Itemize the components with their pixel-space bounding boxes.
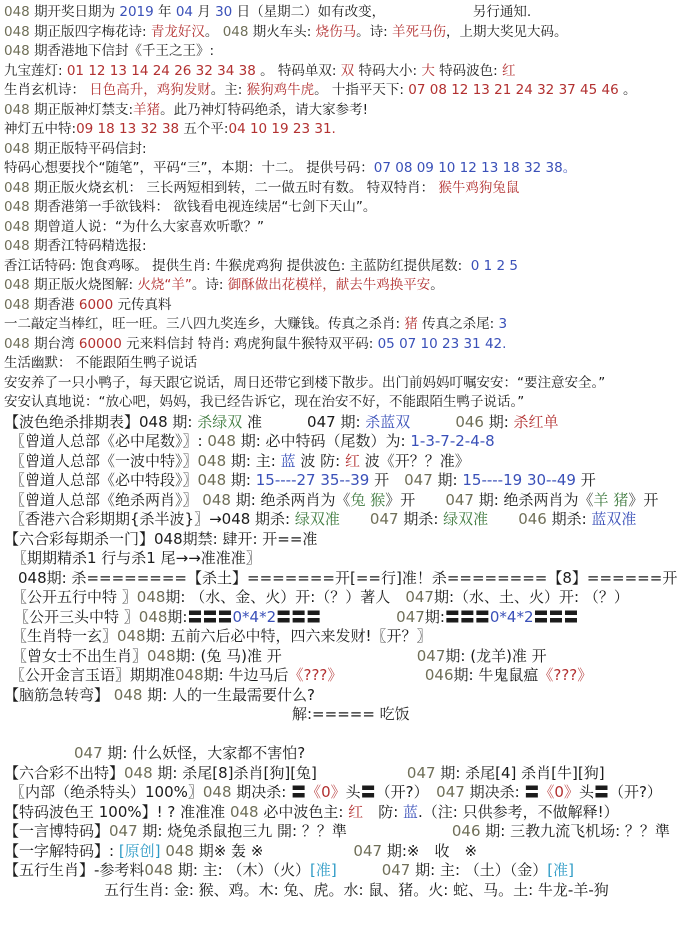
text-segment: 月 — [197, 4, 215, 20]
text-segment — [421, 783, 436, 801]
text-segment: 期: 主: （木）（火） — [178, 861, 310, 879]
text-segment: 047 — [74, 744, 107, 762]
text-segment: 期: — [231, 471, 256, 489]
text-segment: 火烧“羊” — [137, 277, 192, 293]
text-segment: 期: 牛鬼鼠瘟 — [454, 666, 539, 684]
text-segment: 期香港第一手欲钱料： 欲钱看电视连续居“七剑下天山”。 — [34, 199, 376, 215]
text-segment: 期: （水、金、火）开:（？）著人 — [165, 588, 405, 606]
text-segment: 048 — [4, 297, 34, 313]
text-segment: 特码大小: — [359, 63, 422, 79]
text-segment: 〖香港六合彩期期{杀半波}〗→048 期杀: — [10, 510, 295, 528]
text-segment: 年 — [158, 4, 176, 20]
text-segment: 期正版火烧图解: — [34, 277, 137, 293]
text-segment — [263, 842, 353, 860]
text-segment: 047 — [436, 783, 469, 801]
text-segment: 047 — [407, 764, 440, 782]
text-segment: 期: — [167, 608, 187, 626]
text-line: 048期: 杀========【杀土】=======开[==行]准！杀=====… — [4, 569, 686, 589]
text-segment — [321, 608, 396, 626]
text-segment: 048 — [139, 608, 168, 626]
text-segment: 头〓（开?） — [346, 783, 421, 801]
text-segment: 〖公开三头中特 〗 — [14, 608, 139, 626]
text-segment: 解:===== 吃饭 — [292, 705, 410, 723]
text-line: 〖曾道人总部《一波中特》〗048 期: 主: 蓝 波 防: 红 波《开？？准》 — [4, 452, 686, 472]
text-segment: 期香港 — [34, 297, 79, 313]
text-segment: 048 — [223, 24, 253, 40]
text-segment: 羊猪 — [133, 102, 160, 118]
text-segment: 〓〓〓 — [534, 608, 579, 626]
text-segment: 开 — [581, 471, 596, 489]
text-segment: 期正版火烧玄机： 三长两短相到转，二一做五时有数。 特双特肖： — [34, 180, 438, 196]
text-line: 048 期香港地下信封《千王之王》: — [4, 42, 686, 62]
text-segment: 047 — [370, 510, 403, 528]
text-segment: 【五行生肖】-参考料 — [4, 861, 144, 879]
text-segment: 0*4*2 — [233, 608, 277, 626]
text-segment: 1-3-7-2-4-8 — [410, 432, 494, 450]
text-segment: 头〓（开?） — [579, 783, 662, 801]
text-segment: 048 — [144, 861, 177, 879]
text-line: 【特码波色王 100%】! ? 准准准 048 必中波色主: 红 防: 蓝.（注… — [4, 803, 686, 823]
text-segment: 。 特码单双: — [260, 63, 341, 79]
text-segment: 〓〓〓 — [187, 608, 232, 626]
text-segment: 期:（水、土、火）开: （？） — [434, 588, 629, 606]
text-segment: 04 10 19 23 31. — [228, 121, 335, 137]
text-line: 〖曾女士不出生肖〗048期: (兔 马)准 开 047期: (龙羊)准 开 — [4, 647, 686, 667]
text-line: 048 期开奖日期为 2019 年 04 月 30 日（星期二）如有改变， 另行… — [4, 3, 686, 23]
text-segment: 期: (兔 马)准 开 — [176, 647, 282, 665]
text-segment: 波《开？？准》 — [360, 452, 470, 470]
content-lines: 048 期开奖日期为 2019 年 04 月 30 日（星期二）如有改变， 另行… — [4, 3, 686, 900]
text-segment: 期: 必中特码（尾数）为: — [241, 432, 411, 450]
text-segment: 期: 烧兔杀鼠抱三九 開: ？？準 — [142, 822, 346, 840]
text-line: 【脑筋急转弯】 048 期: 人的一生最需要什么? — [4, 686, 686, 706]
text-segment: 〓〓〓 — [445, 608, 490, 626]
text-segment: 日色高升，鸡狗发财 — [89, 82, 211, 98]
text-segment: 048 — [4, 277, 34, 293]
text-segment: 蓝 — [403, 803, 418, 821]
text-segment: 红 — [345, 452, 360, 470]
text-segment: 双 — [341, 63, 359, 79]
text-segment: 期火车头: — [253, 24, 316, 40]
text-line: 047 期: 什么妖怪，大家都不害怕? — [4, 744, 686, 764]
text-segment: 香江话特码: 饱食鸡啄。 提供生肖: 牛猴虎鸡狗 提供波色: 主蓝防红提供尾数: — [4, 258, 471, 274]
text-segment: 09 18 13 32 38 — [76, 121, 183, 137]
text-segment: 〖曾女士不出生肖〗 — [12, 647, 147, 665]
text-line: 〖曾道人总部《绝杀两肖》〗 048 期: 绝杀两肖为《兔 猴》开 047 期: … — [4, 491, 686, 511]
text-segment: 046 — [452, 822, 485, 840]
text-segment: ，上期大奖见大码。 — [446, 24, 568, 40]
text-segment: 。 — [430, 277, 444, 293]
text-segment: 期决杀: 〓 — [470, 783, 540, 801]
text-segment: 048 — [117, 627, 146, 645]
text-segment: 。 — [205, 24, 223, 40]
text-segment: 传真之杀尾: — [422, 316, 498, 332]
text-segment: 期正版神灯禁支: — [34, 102, 133, 118]
text-segment: 〖公开金言玉语〗期期准 — [10, 666, 175, 684]
text-segment: 期: 主: （土）（金） — [415, 861, 547, 879]
text-segment: 046 — [455, 413, 488, 431]
text-segment: [准] — [310, 861, 337, 879]
text-segment: 《???》 — [288, 666, 334, 684]
text-segment: 》开 — [628, 491, 658, 509]
text-segment: 期: 三教九流飞机场: ？？準 — [485, 822, 670, 840]
text-segment: 》开 — [385, 491, 445, 509]
text-segment: 青龙好汉 — [151, 24, 205, 40]
text-line: 九宝莲灯: 01 12 13 14 24 26 32 34 38 。 特码单双:… — [4, 62, 686, 82]
text-segment: 特码波色: — [439, 63, 502, 79]
text-segment: 期曾道人说：“为什么大家喜欢听歌？” — [34, 219, 264, 235]
text-segment: 048 — [147, 647, 176, 665]
text-segment: 《0》 — [539, 783, 579, 801]
text-segment: 九宝莲灯: — [4, 63, 67, 79]
text-segment: 期: 五前六后必中特，四六来发财!〖开？〗 — [146, 627, 432, 645]
text-segment — [4, 725, 9, 743]
text-segment — [335, 666, 425, 684]
text-segment: 期正版四字梅花诗: — [34, 24, 151, 40]
text-segment: 生肖玄机诗： — [4, 82, 89, 98]
lottery-tips-page: 048 期开奖日期为 2019 年 04 月 30 日（星期二）如有改变， 另行… — [0, 0, 688, 900]
text-segment: 〖曾道人总部《绝杀两肖》〗 — [10, 491, 202, 509]
text-segment: .（注: 只供参考，不做解释!） — [418, 803, 619, 821]
text-segment: 15----27 35--39 — [256, 471, 374, 489]
text-segment: 07 08 09 10 12 13 18 32 38。 — [374, 160, 576, 176]
text-segment: 期: — [438, 471, 463, 489]
text-segment — [282, 647, 417, 665]
text-segment: 〖曾道人总部《必中特段》〗 — [10, 471, 198, 489]
text-line: 〖公开三头中特 〗048期:〓〓〓0*4*2〓〓〓 047期:〓〓〓0*4*2〓… — [4, 608, 686, 628]
text-segment: 期: 人的一生最需要什么? — [147, 686, 315, 704]
text-segment: 另行通知. — [473, 4, 531, 20]
text-segment: 046 — [425, 666, 454, 684]
text-segment: 048 — [4, 238, 34, 254]
text-segment: 羊死马伤 — [392, 24, 446, 40]
text-segment: 〖曾道人总部《必中尾数》〗: — [10, 432, 207, 450]
text-segment: 048 — [114, 686, 147, 704]
text-line: 【六合彩每期杀一门】048期禁: 肆开: 开==准 — [4, 530, 686, 550]
text-segment: 准 — [242, 413, 262, 431]
text-segment: 048 — [202, 491, 235, 509]
text-segment: 猪 — [404, 316, 422, 332]
text-segment: 048 — [175, 666, 204, 684]
text-segment: 【脑筋急转弯】 — [4, 686, 114, 704]
text-segment — [317, 764, 407, 782]
text-segment: 047 期: — [307, 413, 365, 431]
text-segment: 开 — [374, 471, 404, 489]
text-segment: 〖公开五行中特 〗 — [12, 588, 137, 606]
text-segment: 杀红单 — [514, 413, 559, 431]
text-segment: 必中波色主: — [263, 803, 348, 821]
text-segment: 期※ 轰 ※ — [199, 842, 264, 860]
text-segment: 047 — [405, 588, 434, 606]
text-segment: 047 — [382, 861, 415, 879]
text-segment — [488, 510, 518, 528]
text-segment: 047 — [396, 608, 425, 626]
text-line: 〖公开五行中特 〗048期: （水、金、火）开:（？）著人 047期:（水、土、… — [4, 588, 686, 608]
text-segment: 047 — [353, 842, 386, 860]
text-segment: 杀蓝双 — [365, 413, 410, 431]
text-segment: 元来料信封 特肖: 鸡虎狗鼠牛猴特双平码: — [126, 336, 377, 352]
text-segment: 05 07 10 23 31 42. — [378, 336, 507, 352]
text-segment — [262, 413, 307, 431]
text-line: 生活幽默： 不能跟陌生鸭子说话 — [4, 354, 686, 374]
text-segment: 一二敲定当棒红，旺一旺。三八四九奖连乡，大赚钱。传真之杀肖: — [4, 316, 404, 332]
text-segment: 期: 杀尾[8]杀肖[狗][兔] — [157, 764, 316, 782]
text-segment: 。 十指平天下: — [314, 82, 408, 98]
text-line: 048 期正版特平码信封: — [4, 140, 686, 160]
text-line — [4, 725, 686, 745]
text-segment: 048 — [203, 783, 236, 801]
text-segment — [337, 861, 382, 879]
text-segment: 红 — [348, 803, 363, 821]
text-segment: 048 — [230, 803, 263, 821]
text-segment: 048 — [4, 336, 34, 352]
text-segment: 04 — [176, 4, 197, 20]
text-segment: 特码心想要找个“随笔”，平码“三”，本期：十二。 提供号码： — [4, 160, 374, 176]
text-segment: 048 — [4, 180, 34, 196]
text-line: 五行生肖: 金: 猴、鸡。木: 兔、虎。水: 鼠、猪。火: 蛇、马。土: 牛龙-… — [4, 881, 686, 901]
text-segment — [378, 4, 473, 20]
text-segment: 蓝 — [281, 452, 296, 470]
text-line: 特码心想要找个“随笔”，平码“三”，本期：十二。 提供号码：07 08 09 1… — [4, 159, 686, 179]
text-segment: 御酥做出花模样，献去牛鸡换平安 — [228, 277, 431, 293]
text-segment: 期台湾 — [34, 336, 79, 352]
text-segment: 期: 主: — [231, 452, 281, 470]
text-segment: 期: 什么妖怪，大家都不害怕? — [107, 744, 305, 762]
text-line: 〖公开金言玉语〗期期准048期: 牛边马后《???》 046期: 牛鬼鼠瘟《??… — [4, 666, 686, 686]
text-segment: 048 — [137, 588, 166, 606]
text-segment: 046 — [518, 510, 551, 528]
text-segment: 048 — [207, 432, 240, 450]
text-line: 〖曾道人总部《必中尾数》〗: 048 期: 必中特码（尾数）为: 1-3-7-2… — [4, 432, 686, 452]
text-segment: 01 12 13 14 24 26 32 34 38 — [67, 63, 260, 79]
text-segment: 07 08 12 13 21 24 32 37 45 46 — [408, 82, 623, 98]
text-segment: 期: 杀尾[4] 杀肖[牛][狗] — [440, 764, 604, 782]
text-segment: 047 — [404, 471, 437, 489]
text-segment: 〖内部（绝杀特头）100%〗 — [10, 783, 203, 801]
text-line: 解:===== 吃饭 — [4, 705, 686, 725]
text-segment: 绿双准 — [295, 510, 340, 528]
text-segment: 期正版特平码信封: — [34, 141, 147, 157]
text-segment: 【六合彩不出特】 — [4, 764, 124, 782]
text-segment: 羊 猪 — [594, 491, 629, 509]
text-segment: 烧伤马 — [316, 24, 357, 40]
text-segment: 【六合彩每期杀一门】048期禁: 肆开: 开==准 — [4, 530, 317, 548]
text-segment: 期香港地下信封《千王之王》: — [34, 43, 214, 59]
text-segment: 048 — [165, 842, 198, 860]
text-line: 【一字解特码】: [原创] 048 期※ 轰 ※ 047 期:※ 收 ※ — [4, 842, 686, 862]
text-segment: 048 — [4, 102, 34, 118]
text-line: 【波色绝杀排期表】048 期: 杀绿双 准 047 期: 杀蓝双 046 期: … — [4, 413, 686, 433]
text-line: 048 期曾道人说：“为什么大家喜欢听歌？” — [4, 218, 686, 238]
text-segment: 048 — [4, 43, 34, 59]
text-line: 〖生肖特一玄〗048期: 五前六后必中特，四六来发财!〖开？〗 — [4, 627, 686, 647]
text-segment: 〖期期精杀1 行与杀1 尾→→准准准〗 — [12, 549, 261, 567]
text-segment — [340, 510, 370, 528]
text-segment: 048 — [124, 764, 157, 782]
text-segment: 30 — [215, 4, 236, 20]
text-segment: 048 — [198, 471, 231, 489]
text-segment: 。诗: — [192, 277, 228, 293]
text-segment: 期开奖日期为 — [34, 4, 119, 20]
text-segment: 五个平: — [183, 121, 228, 137]
text-segment: 〖生肖特一玄〗 — [12, 627, 117, 645]
text-segment: 【一字解特码】: — [4, 842, 119, 860]
text-line: 〖内部（绝杀特头）100%〗048 期决杀: 〓《0》头〓（开?） 047 期决… — [4, 783, 686, 803]
text-segment: 048 — [4, 24, 34, 40]
text-segment: 防: — [363, 803, 403, 821]
text-line: 神灯五中特:09 18 13 32 38 五个平:04 10 19 23 31. — [4, 120, 686, 140]
text-segment: 048 — [4, 141, 34, 157]
text-segment: 安安认真地说：“放心吧，妈妈，我已经告诉它，现在治安不好，不能跟陌生鸭子说话。” — [4, 394, 524, 410]
text-line: 048 期正版火烧玄机： 三长两短相到转，二一做五时有数。 特双特肖： 猴牛鸡狗… — [4, 179, 686, 199]
text-line: 【五行生肖】-参考料048 期: 主: （木）（火）[准] 047 期: 主: … — [4, 861, 686, 881]
text-segment: 。此乃神灯特码绝杀，请大家参考! — [160, 102, 368, 118]
text-segment: 期杀: — [403, 510, 443, 528]
text-segment: 。诗: — [356, 24, 392, 40]
text-segment: 期: 牛边马后 — [204, 666, 289, 684]
text-segment: 大 — [421, 63, 439, 79]
text-segment: 【特码波色王 100%】! ? 准准准 — [4, 803, 230, 821]
text-line: 安安养了一只小鸭子，每天跟它说话，周日还带它到楼下散步。出门前妈妈叮嘱安安：“要… — [4, 374, 686, 394]
text-segment: 【一言博特码】 — [4, 822, 109, 840]
text-segment: 兔 猴 — [351, 491, 386, 509]
text-segment: 安安养了一只小鸭子，每天跟它说话，周日还带它到楼下散步。出门前妈妈叮嘱安安：“要… — [4, 375, 605, 391]
text-segment: [原创] — [119, 842, 165, 860]
text-segment: 〖曾道人总部《一波中特》〗 — [10, 452, 198, 470]
text-segment: 048 — [4, 199, 34, 215]
text-segment: 期香江特码精选报: — [34, 238, 147, 254]
text-line: 安安认真地说：“放心吧，妈妈，我已经告诉它，现在治安不好，不能跟陌生鸭子说话。” — [4, 393, 686, 413]
text-segment: 生活幽默： 不能跟陌生鸭子说话 — [4, 355, 197, 371]
text-line: 香江话特码: 饱食鸡啄。 提供生肖: 牛猴虎鸡狗 提供波色: 主蓝防红提供尾数:… — [4, 257, 686, 277]
text-line: 一二敲定当棒红，旺一旺。三八四九奖连乡，大赚钱。传真之杀肖: 猪 传真之杀尾: … — [4, 315, 686, 335]
text-segment: 日（星期二）如有改变， — [237, 4, 379, 20]
text-line: 【六合彩不出特】048 期: 杀尾[8]杀肖[狗][兔] 047 期: 杀尾[4… — [4, 764, 686, 784]
text-segment: 神灯五中特: — [4, 121, 76, 137]
text-line: 048 期正版神灯禁支:羊猪。此乃神灯特码绝杀，请大家参考! — [4, 101, 686, 121]
text-segment: 猴狗鸡牛虎 — [247, 82, 315, 98]
text-segment: 元传真料 — [118, 297, 172, 313]
text-segment: 五行生肖: 金: 猴、鸡。木: 兔、虎。水: 鼠、猪。火: 蛇、马。土: 牛龙-… — [104, 881, 609, 899]
text-segment: 猴牛鸡狗兔鼠 — [438, 180, 519, 196]
text-segment: 15----19 30--49 — [462, 471, 580, 489]
text-segment: 期杀: — [552, 510, 592, 528]
text-line: 〖曾道人总部《必中特段》〗048 期: 15----27 35--39 开 04… — [4, 471, 686, 491]
text-segment: 048 — [4, 219, 34, 235]
text-line: 【一言博特码】047 期: 烧兔杀鼠抱三九 開: ？？準 046 期: 三教九流… — [4, 822, 686, 842]
text-segment: 0*4*2 — [490, 608, 534, 626]
text-segment — [410, 413, 455, 431]
text-segment: 期: 绝杀两肖为《 — [236, 491, 351, 509]
text-segment: 《0》 — [306, 783, 346, 801]
text-segment: 048期: 杀========【杀土】=======开[==行]准！杀=====… — [18, 569, 677, 589]
text-segment: 6000 — [79, 297, 118, 313]
text-segment: 〓〓〓 — [276, 608, 321, 626]
text-segment: [准] — [547, 861, 574, 879]
text-line: 048 期香港 6000 元传真料 — [4, 296, 686, 316]
text-segment: 期: (龙羊)准 开 — [445, 647, 546, 665]
text-segment: 波 防: — [296, 452, 345, 470]
text-line: 048 期台湾 60000 元来料信封 特肖: 鸡虎狗鼠牛猴特双平码: 05 0… — [4, 335, 686, 355]
text-segment: 期:※ 收 ※ — [387, 842, 477, 860]
text-segment — [347, 822, 452, 840]
text-line: 〖期期精杀1 行与杀1 尾→→准准准〗 — [4, 549, 686, 569]
text-segment: 2019 — [119, 4, 158, 20]
text-segment: 3 — [498, 316, 507, 332]
text-line: 〖香港六合彩期期{杀半波}〗→048 期杀: 绿双准 047 期杀: 绿双准 0… — [4, 510, 686, 530]
text-segment: 蓝双准 — [591, 510, 636, 528]
text-segment: 60000 — [79, 336, 126, 352]
text-segment: 期: — [489, 413, 514, 431]
text-segment: 0 1 2 5 — [471, 258, 518, 274]
text-segment: 047 — [109, 822, 142, 840]
text-line: 048 期正版火烧图解: 火烧“羊”。诗: 御酥做出花模样，献去牛鸡换平安。 — [4, 276, 686, 296]
text-segment: 期: — [425, 608, 445, 626]
text-segment: 《???》 — [538, 666, 592, 684]
text-segment: 红 — [502, 63, 516, 79]
text-segment: 期决杀: 〓 — [236, 783, 306, 801]
text-segment: 绿双准 — [443, 510, 488, 528]
text-segment: 047 — [445, 491, 478, 509]
text-line: 048 期香港第一手欲钱料： 欲钱看电视连续居“七剑下天山”。 — [4, 198, 686, 218]
text-segment: 。主: — [211, 82, 247, 98]
text-line: 048 期正版四字梅花诗: 青龙好汉。 048 期火车头: 烧伤马。诗: 羊死马… — [4, 23, 686, 43]
text-segment: 。 — [623, 82, 637, 98]
text-segment: 047 — [417, 647, 446, 665]
text-segment: 048 — [4, 4, 34, 20]
text-line: 048 期香江特码精选报: — [4, 237, 686, 257]
text-segment: 【波色绝杀排期表】048 期: — [4, 413, 197, 431]
text-segment: 期: 绝杀两肖为《 — [479, 491, 594, 509]
text-segment: 杀绿双 — [197, 413, 242, 431]
text-segment: 048 — [198, 452, 231, 470]
text-line: 生肖玄机诗： 日色高升，鸡狗发财。主: 猴狗鸡牛虎。 十指平天下: 07 08 … — [4, 81, 686, 101]
